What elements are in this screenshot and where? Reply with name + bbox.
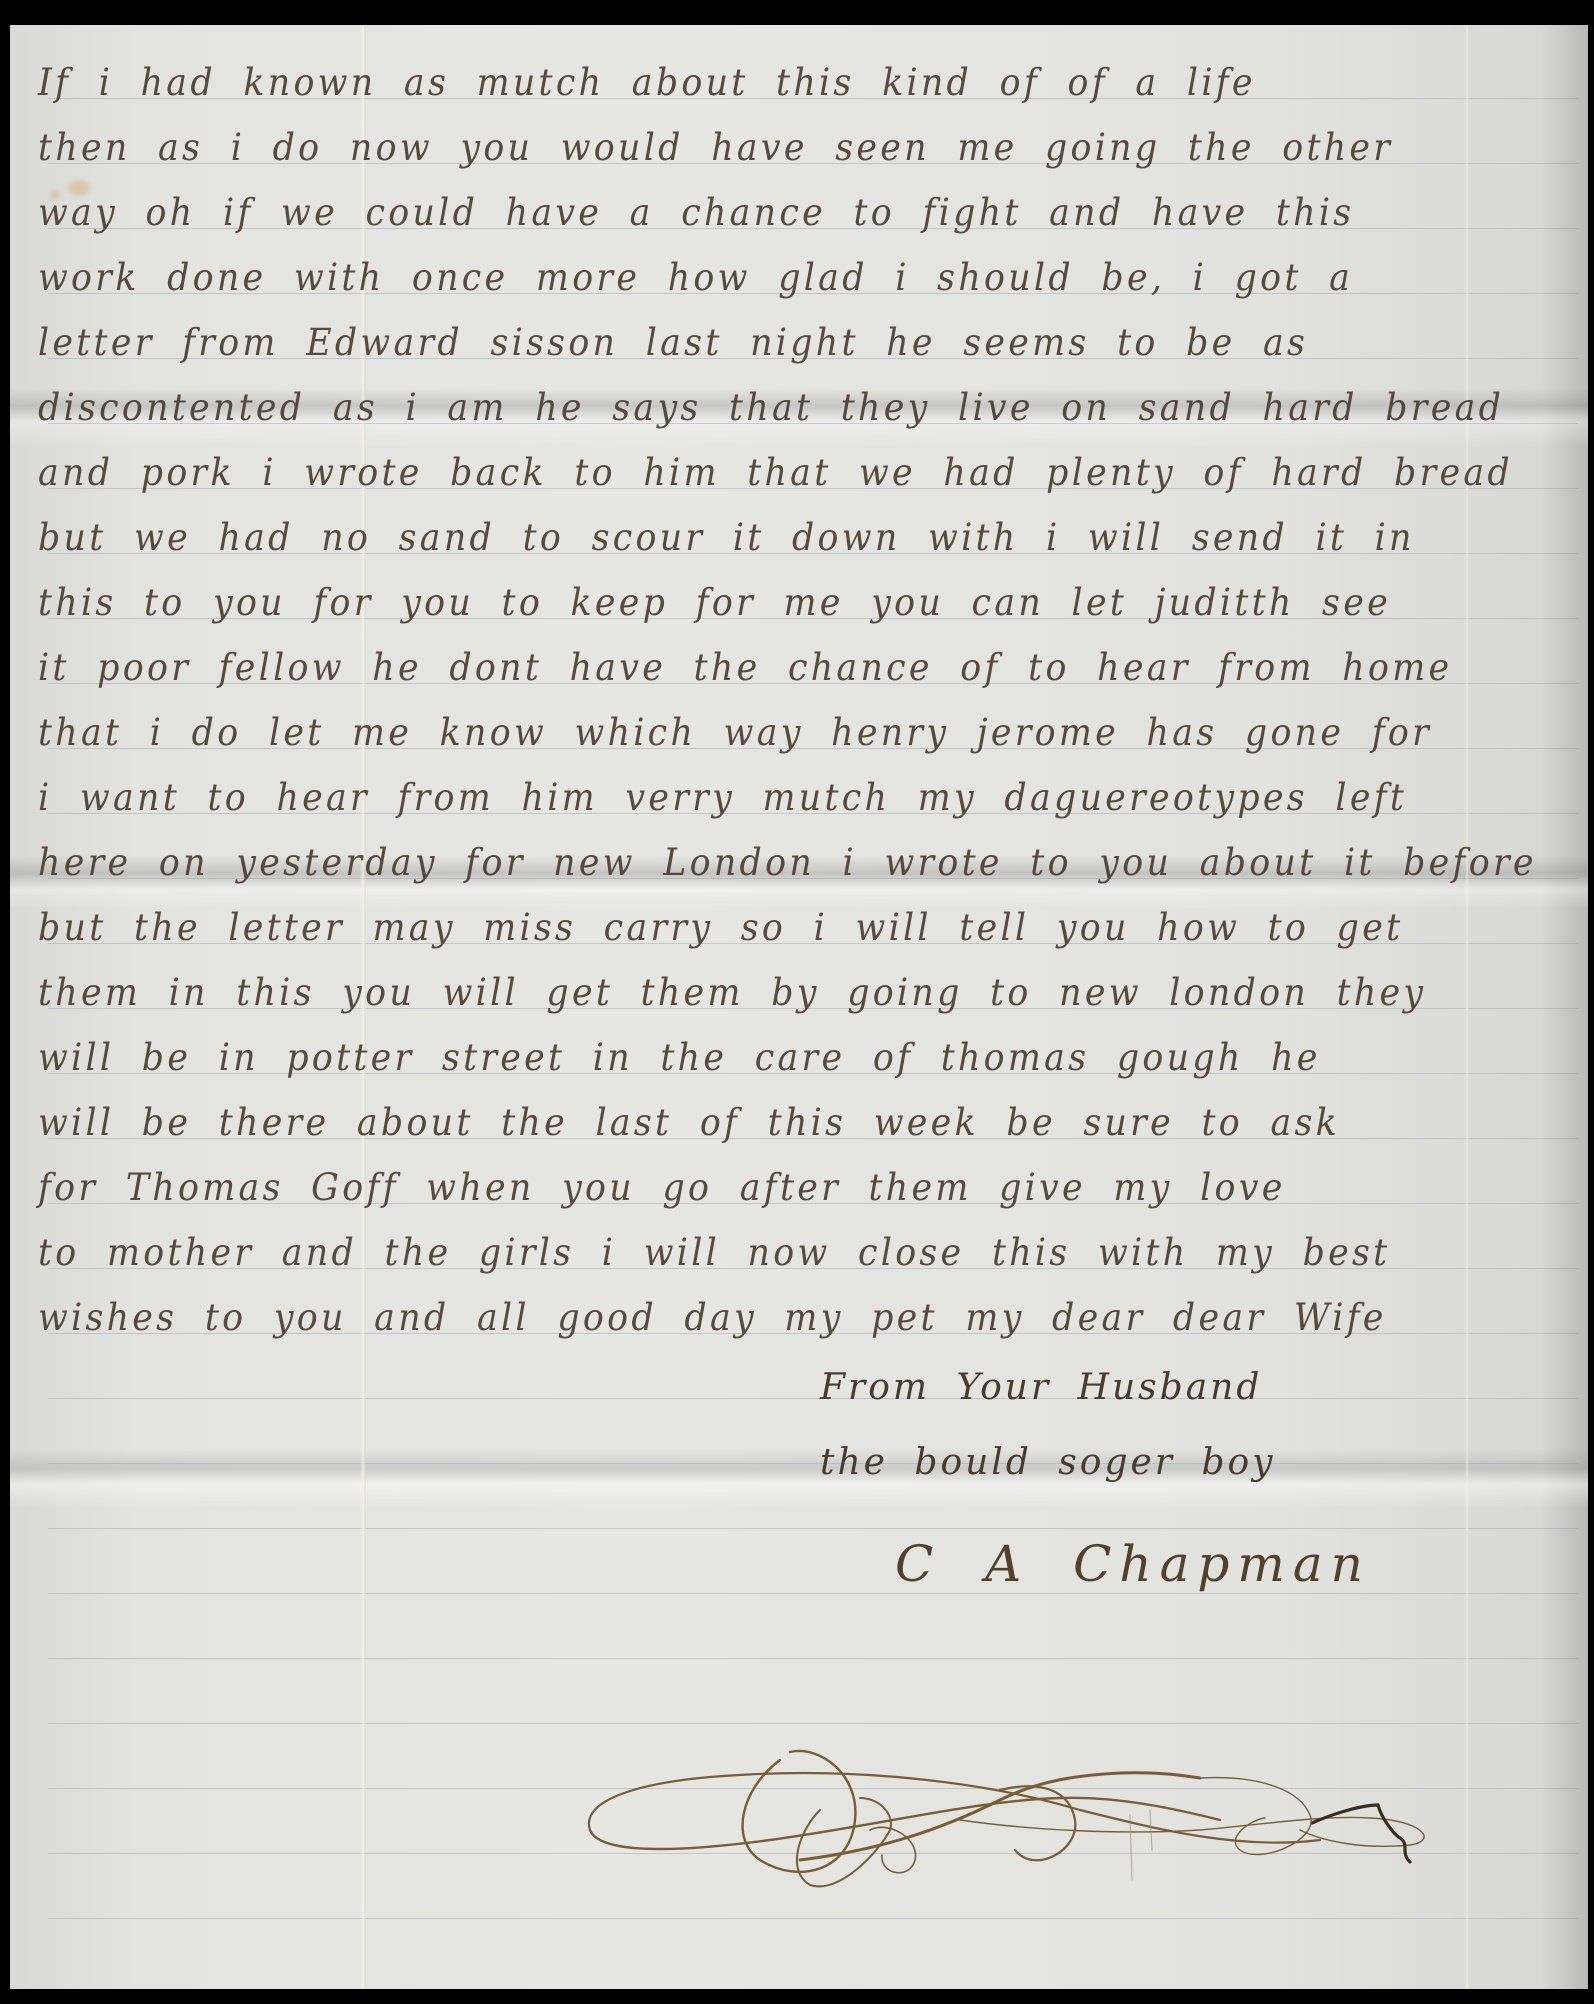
closing-nickname: the bould soger boy xyxy=(820,1442,1520,1483)
closing-from: From Your Husband xyxy=(820,1367,1520,1408)
letter-line: but the letter may miss carry so i will … xyxy=(38,895,1467,960)
letter-line: way oh if we could have a chance to figh… xyxy=(38,180,1467,245)
letter-line: discontented as i am he says that they l… xyxy=(38,375,1467,440)
letter-line: that i do let me know which way henry je… xyxy=(38,700,1467,765)
letter-line: but we had no sand to scour it down with… xyxy=(38,505,1467,570)
letter-line: work done with once more how glad i shou… xyxy=(38,245,1467,310)
letter-line: If i had known as mutch about this kind … xyxy=(38,50,1467,115)
letter-line: them in this you will get them by going … xyxy=(38,960,1467,1025)
letter-line: to mother and the girls i will now close… xyxy=(38,1220,1467,1285)
signature: C A Chapman xyxy=(895,1535,1371,1593)
letter-body: If i had known as mutch about this kind … xyxy=(38,50,1558,1350)
letter-line: it poor fellow he dont have the chance o… xyxy=(38,635,1467,700)
letter-line: for Thomas Goff when you go after them g… xyxy=(38,1155,1467,1220)
letter-line: then as i do now you would have seen me … xyxy=(38,115,1467,180)
letter-line: i want to hear from him verry mutch my d… xyxy=(38,765,1467,830)
letter-line: will be in potter street in the care of … xyxy=(38,1025,1467,1090)
letter-line: will be there about the last of this wee… xyxy=(38,1090,1467,1155)
letter-line: this to you for you to keep for me you c… xyxy=(38,570,1467,635)
letter-line: here on yesterday for new London i wrote… xyxy=(38,830,1467,895)
letter-line: and pork i wrote back to him that we had… xyxy=(38,440,1467,505)
letter-line: letter from Edward sisson last night he … xyxy=(38,310,1467,375)
pen-flourish-icon xyxy=(560,1680,1594,2004)
letter-line: wishes to you and all good day my pet my… xyxy=(38,1285,1467,1350)
